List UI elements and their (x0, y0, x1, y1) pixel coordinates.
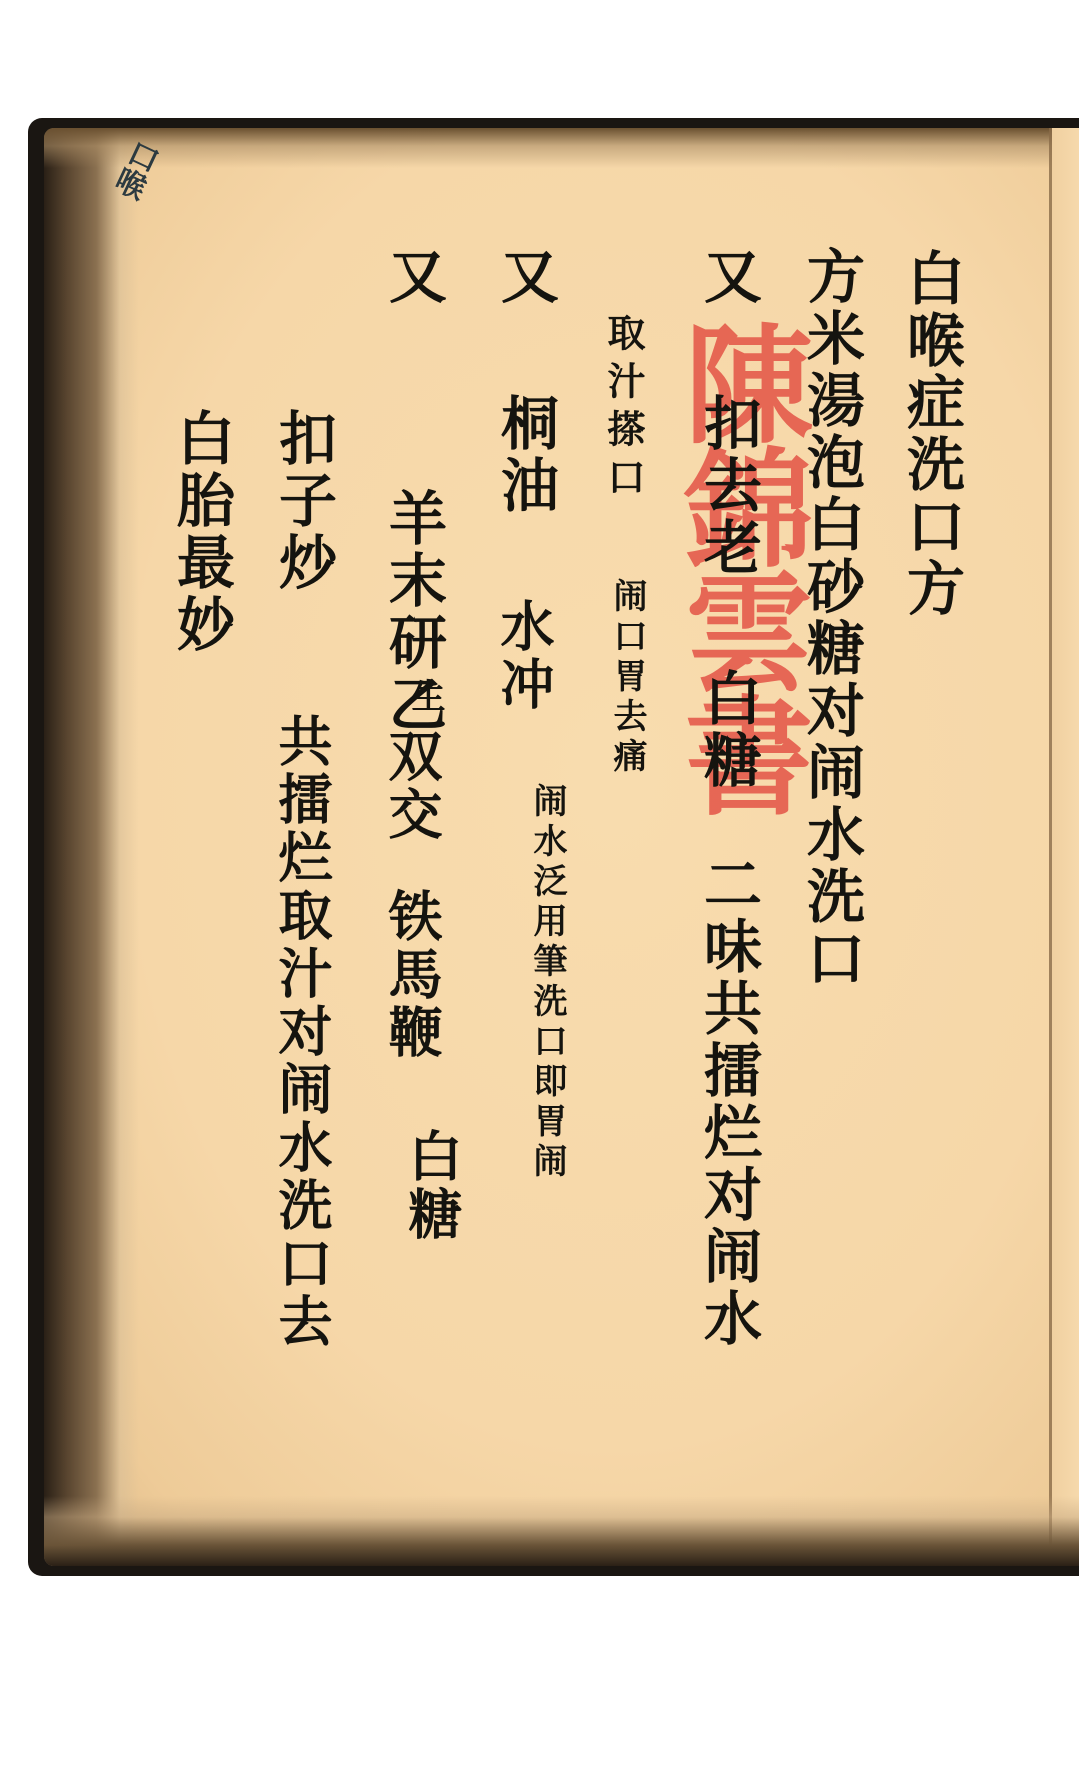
recipe-column-2: 扣去老 (699, 393, 757, 579)
recipe-column-4c: 双交 (384, 728, 438, 844)
note-column-1b: 闹口胃去痛 (610, 578, 644, 778)
manuscript-page: 口喉 陳錦雲書 白喉症洗口方 方米湯泡白砂糖对闹水洗口 又 扣去老 白糖 二味共… (44, 128, 1079, 1566)
recipe-column-5: 扣子炒 (274, 408, 332, 594)
recipe-column-2b: 白糖 二味共擂烂对闹水 (699, 668, 757, 1350)
recipe-column-4d: 铁馬鞭 (384, 888, 438, 1062)
note-column-1: 取汁搽口 (604, 313, 642, 505)
recipe-column-1: 方米湯泡白砂糖对闹水洗口 (802, 246, 860, 990)
facing-page-edge (1052, 128, 1079, 1566)
recipe-2-heading: 又 (699, 246, 757, 308)
recipe-column-3b: 水冲 (496, 598, 550, 714)
recipe-column-4e: 白糖 (404, 1128, 458, 1244)
title-column: 白喉症洗口方 (902, 248, 960, 620)
recipe-column-3: 桐油 (496, 393, 554, 517)
top-stain (44, 128, 1079, 168)
recipe-3-heading: 又 (496, 246, 554, 308)
recipe-column-4b: 生 (408, 678, 442, 718)
note-column-2: 闹水泛用筆洗口即胃闹 (530, 783, 564, 1183)
recipe-column-5b: 共擂烂取汁对闹水洗口去 (274, 713, 328, 1351)
recipe-4-heading: 又 (384, 246, 442, 308)
final-column: 白胎最妙 (172, 408, 230, 656)
